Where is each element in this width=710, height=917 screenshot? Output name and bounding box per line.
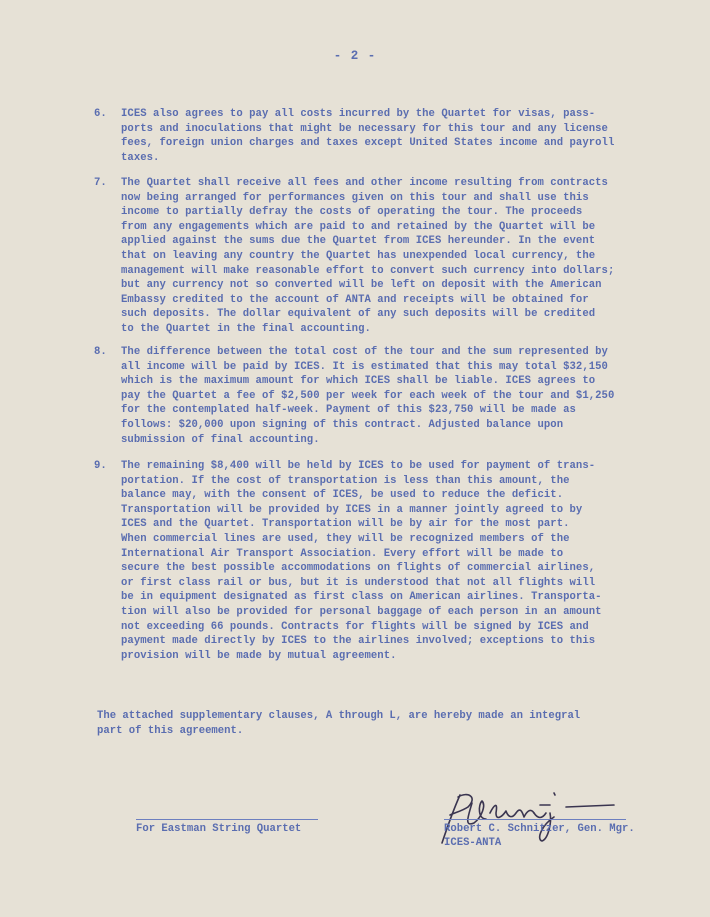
clause-number: 7. [94, 176, 107, 191]
clause-9: 9. The remaining $8,400 will be held by … [94, 459, 674, 663]
clause-text: The difference between the total cost of… [121, 345, 674, 447]
clause-8: 8. The difference between the total cost… [94, 345, 674, 447]
signatory-name: Robert C. Schnitzer, Gen. Mgr. [444, 822, 635, 837]
clause-7: 7. The Quartet shall receive all fees an… [94, 176, 674, 337]
signatory-organization: ICES-ANTA [444, 836, 501, 851]
clause-text: The remaining $8,400 will be held by ICE… [121, 459, 674, 663]
document-page: - 2 - 6. ICES also agrees to pay all cos… [0, 0, 710, 917]
clause-text: ICES also agrees to pay all costs incurr… [121, 107, 674, 165]
signature-label-quartet: For Eastman String Quartet [136, 822, 301, 837]
clause-number: 9. [94, 459, 107, 474]
signature-line-quartet [136, 819, 318, 820]
closing-statement: The attached supplementary clauses, A th… [97, 709, 657, 738]
clause-number: 6. [94, 107, 107, 122]
clause-number: 8. [94, 345, 107, 360]
page-number: - 2 - [0, 49, 710, 63]
clause-6: 6. ICES also agrees to pay all costs inc… [94, 107, 674, 165]
clause-text: The Quartet shall receive all fees and o… [121, 176, 674, 337]
signature-line-ices [444, 819, 626, 820]
